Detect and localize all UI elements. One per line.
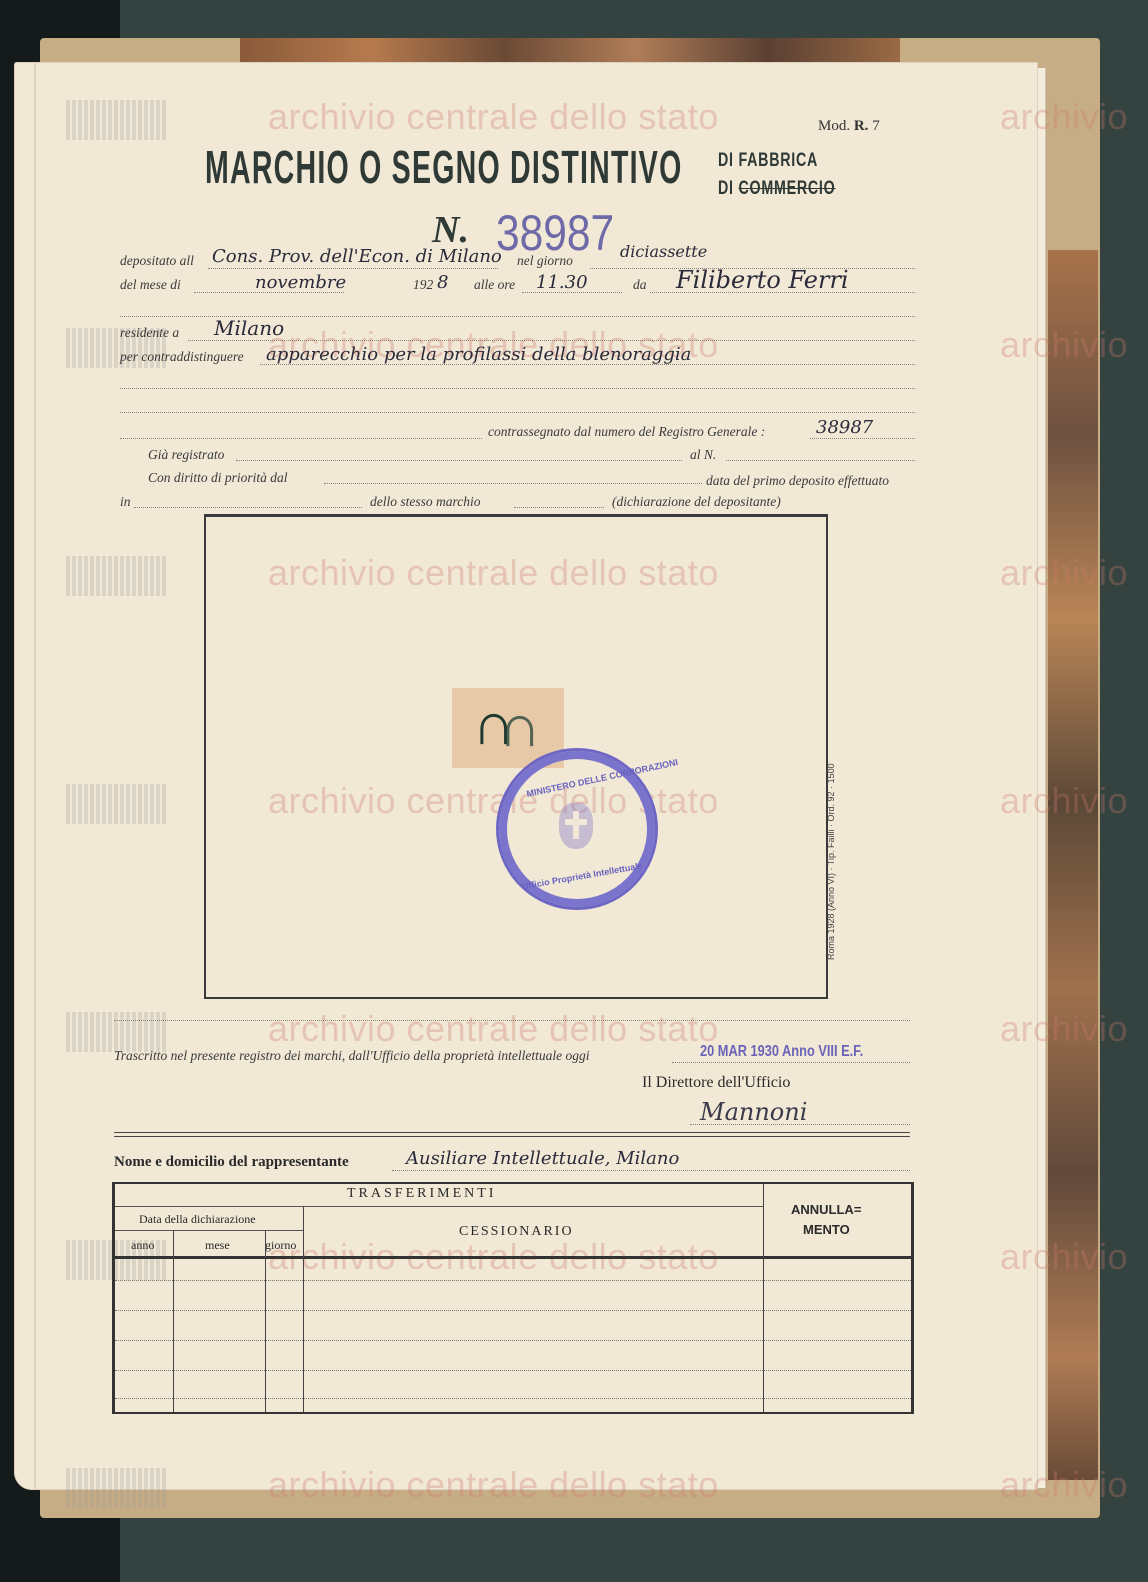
watermark-text: archivio [1000,552,1128,594]
month-value: novembre [255,272,346,293]
col-divider [173,1230,174,1412]
header-rule [115,1230,303,1231]
section-divider [114,1132,910,1137]
dotted-line [188,340,915,341]
dotted-line [120,388,915,389]
already-registered-label: Già registrato [148,447,224,463]
date-stamp: 20 MAR 1930 Anno VIII E.F. [700,1043,863,1061]
day-value: diciassette [620,242,707,261]
same-mark-label: dello stesso marchio [370,494,481,510]
watermark-text: archivio centrale dello stato [268,96,719,138]
distinguish-value: apparecchio per la profilassi della blen… [266,344,691,365]
col-day: giorno [265,1238,296,1253]
col-divider [763,1184,764,1412]
watermark-logo-icon [66,100,166,140]
watermark-text: archivio [1000,1236,1128,1278]
director-label: Il Direttore dell'Ufficio [642,1074,790,1092]
col-divider [303,1206,304,1412]
col-assignee: CESSIONARIO [459,1224,574,1240]
declaration-label: (dichiarazione del depositante) [612,494,781,510]
from-value: Filiberto Ferri [676,266,849,294]
form-type-factory: DI FABBRICA [718,150,818,172]
director-signature: Mannoni [700,1098,807,1126]
horseshoe-icon: ∩ [498,696,541,756]
dotted-line [120,412,915,413]
table-row [115,1280,911,1281]
col-divider [265,1230,266,1412]
representative-label: Nome e domicilio del rappresentante [114,1154,349,1171]
hour-label: alle ore [474,277,515,293]
representative-value: Ausiliare Intellettuale, Milano [406,1148,679,1169]
dotted-line [134,507,362,508]
stamp-bottom-text: Ufficio Proprietà Intellettuale [521,860,643,891]
header-thick-rule [115,1256,911,1259]
dotted-line [726,460,915,461]
dotted-line [392,1170,910,1171]
first-deposit-label: data del primo deposito effettuato [706,473,889,489]
watermark-text: archivio centrale dello stato [268,1464,719,1506]
distinguish-label: per contraddistinguere [120,349,244,365]
year-prefix: 192 [413,277,433,293]
form-model-code: Mod. R. 7 [818,118,880,135]
dotted-line [810,438,915,439]
month-label: del mese di [120,277,181,293]
table-row [115,1340,911,1341]
in-label: in [120,494,131,510]
printer-note: Roma 1928 (Anno VI) · Tip. Failli · Ord.… [826,763,836,960]
col-cancellation-2: MENTO [803,1222,850,1237]
marbled-cover-right [1048,250,1098,1480]
registry-label: contrassegnato dal numero del Registro G… [488,424,765,440]
watermark-text: archivio [1000,96,1128,138]
registry-value: 38987 [816,417,873,438]
header-rule [115,1206,763,1207]
transcription-label: Trascritto nel presente registro dei mar… [114,1048,589,1064]
page-gutter [34,62,36,1490]
watermark-logo-icon [66,1012,166,1052]
watermark-text: archivio [1000,1008,1128,1050]
date-group-header: Data della dichiarazione [139,1212,256,1227]
priority-label: Con diritto di priorità dal [148,470,288,486]
watermark-logo-icon [66,556,166,596]
table-title: TRASFERIMENTI [347,1186,496,1202]
dotted-line [120,438,482,439]
dotted-line [236,460,682,461]
watermark-logo-icon [66,784,166,824]
watermark-text: archivio [1000,780,1128,822]
table-row [115,1370,911,1371]
al-n-label: al N. [690,447,716,463]
col-year: anno [131,1238,154,1253]
dotted-line [208,268,498,269]
watermark-text: archivio centrale dello stato [268,1008,719,1050]
dotted-line [514,507,604,508]
resident-value: Milano [214,316,284,340]
form-type-commerce: DI COMMERCIO [718,178,835,200]
hour-value: 11.30 [536,272,588,293]
resident-label: residente a [120,325,179,341]
form-title: MARCHIO O SEGNO DISTINTIVO [205,140,682,194]
dotted-line [324,483,702,484]
dotted-line [114,1020,910,1021]
transfers-table: TRASFERIMENTI Data della dichiarazione a… [112,1182,914,1414]
day-label: nel giorno [517,253,573,269]
deposited-value: Cons. Prov. dell'Econ. di Milano [212,246,502,267]
savoy-cross-icon [559,803,593,849]
table-row [115,1398,911,1399]
deposited-label: depositato all [120,253,194,269]
ministry-stamp: MINISTERO DELLE CORPORAZIONI Ufficio Pro… [496,748,658,910]
dotted-line [672,1062,910,1063]
col-month: mese [205,1238,230,1253]
watermark-logo-icon [66,1468,166,1508]
from-label: da [633,277,647,293]
dotted-line [690,1124,910,1125]
col-cancellation: ANNULLA= [791,1202,861,1217]
table-row [115,1310,911,1311]
year-value: 8 [437,272,448,293]
struck-commerce: COMMERCIO [738,178,835,199]
watermark-text: archivio [1000,1464,1128,1506]
watermark-text: archivio [1000,324,1128,366]
